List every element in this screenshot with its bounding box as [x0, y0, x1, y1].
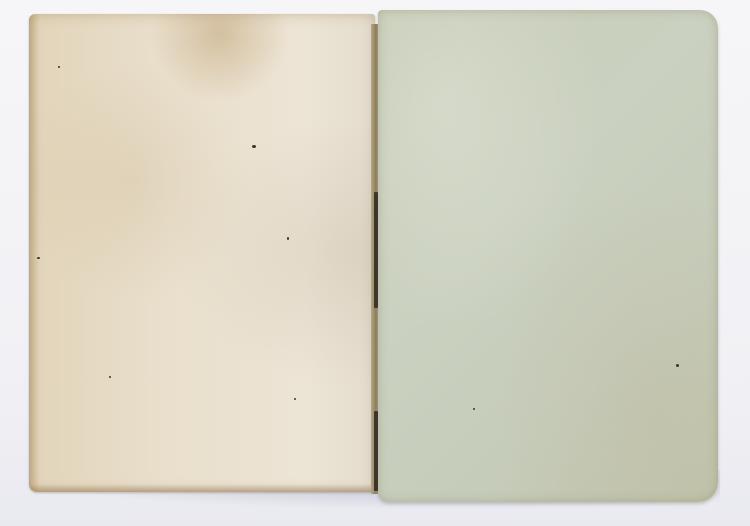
speck: [294, 398, 296, 400]
right-page: [378, 10, 718, 502]
speck: [109, 376, 111, 378]
speck: [287, 237, 289, 240]
left-page: [29, 14, 375, 492]
speck: [473, 408, 475, 410]
speck: [37, 257, 40, 259]
speck: [676, 364, 679, 367]
speck: [58, 66, 60, 68]
speck: [252, 145, 256, 148]
